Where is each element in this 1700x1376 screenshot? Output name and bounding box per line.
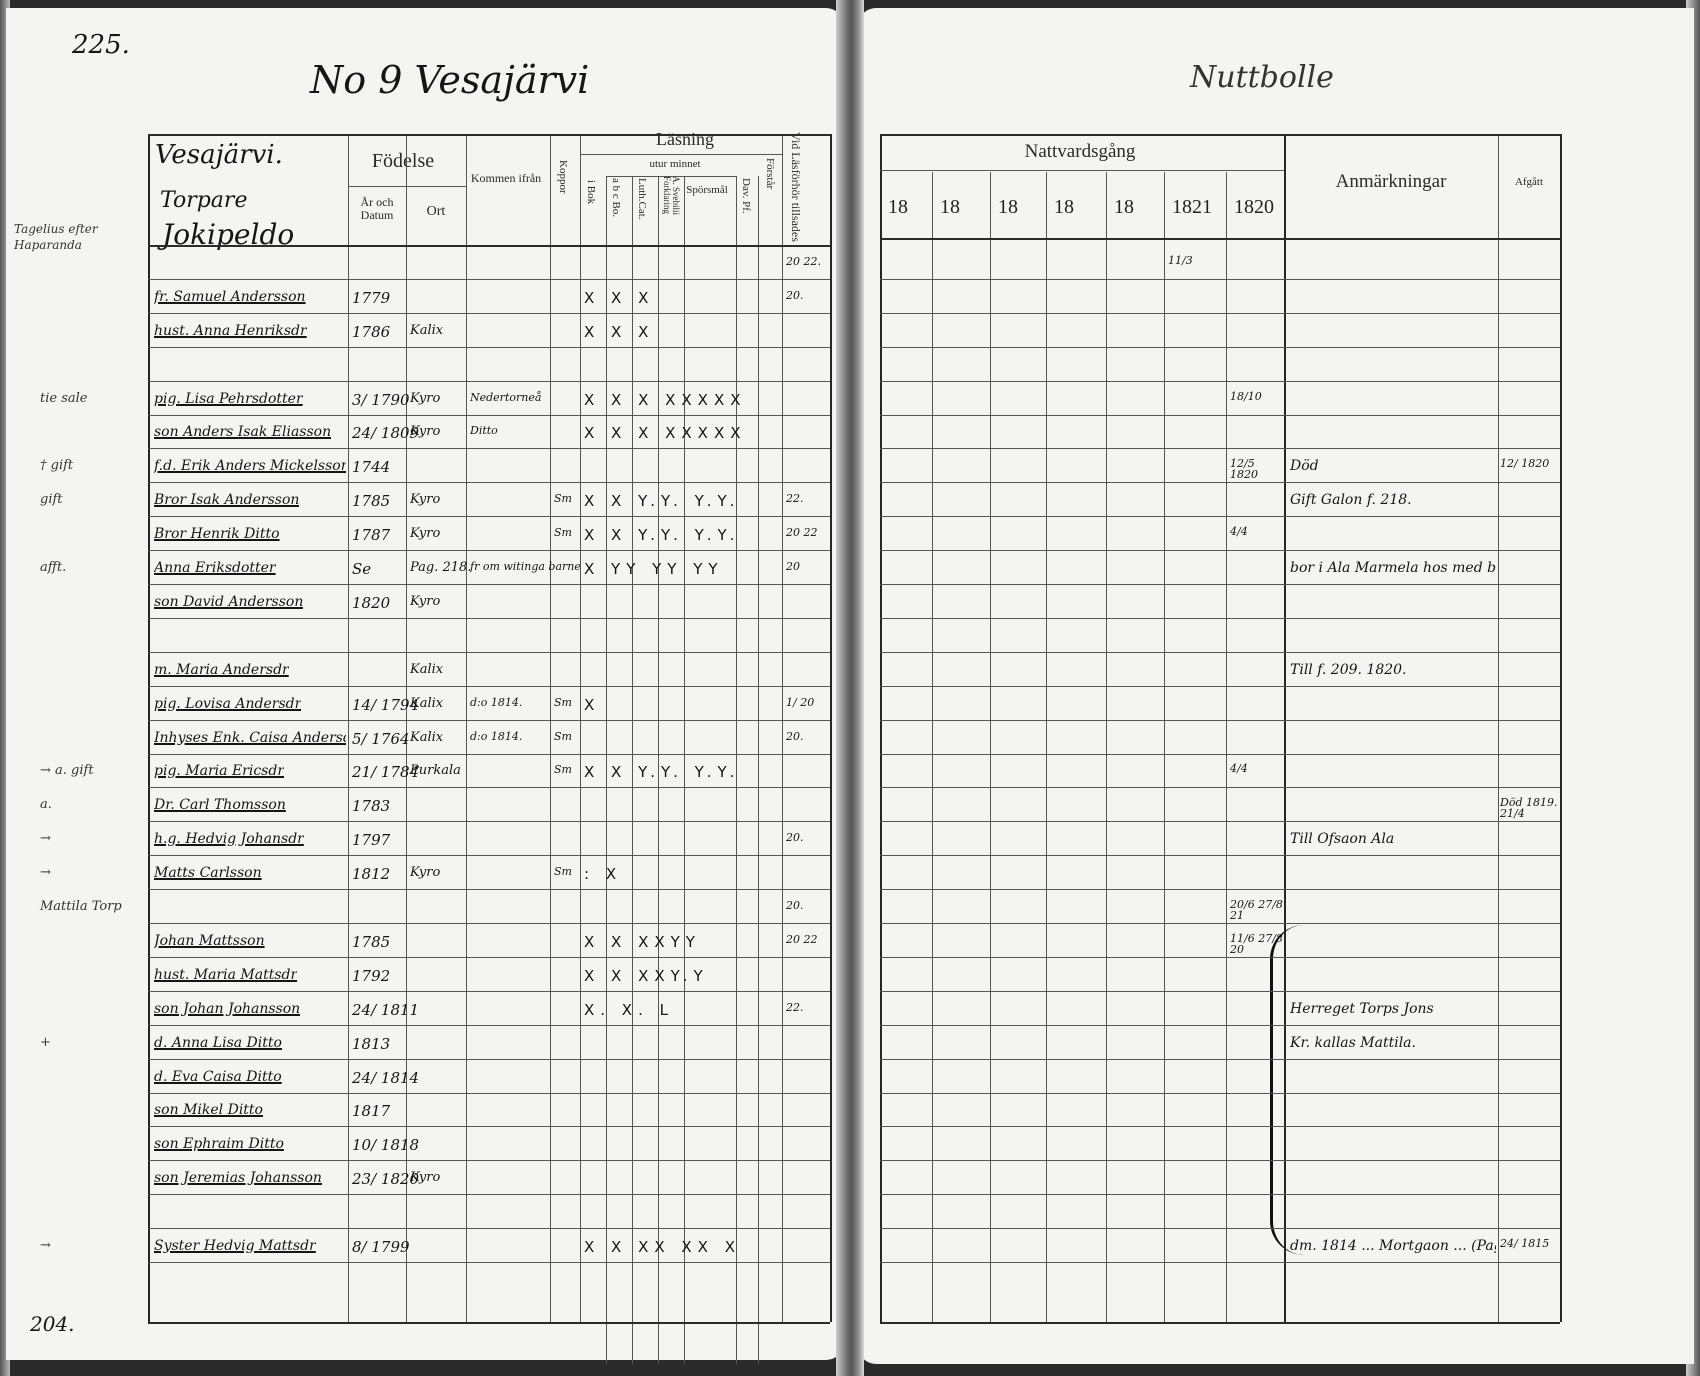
row-divider <box>148 1126 830 1127</box>
birth-year: 1817 <box>352 1102 390 1120</box>
person-name: son Johan Johansson <box>154 1001 300 1017</box>
birth-year: 1787 <box>352 526 390 544</box>
reading-marks: X <box>584 696 600 714</box>
person-name: Anna Eriksdotter <box>154 560 276 576</box>
header-forstar: Förstår <box>764 158 775 189</box>
register-scan: 225. No 9 Vesajärvi Nuttbolle 204. Vesaj… <box>0 0 1700 1376</box>
row-divider <box>880 1093 1560 1094</box>
row-divider <box>880 415 1560 416</box>
row-divider <box>880 720 1560 721</box>
person-name: Dr. Carl Thomsson <box>154 797 286 813</box>
remark: Kr. kallas Mattila. <box>1290 1035 1416 1051</box>
person-name: d. Eva Caisa Ditto <box>154 1069 282 1085</box>
departure: 24/ 1815 <box>1500 1238 1549 1249</box>
row-divider <box>880 1025 1560 1026</box>
birth-place: Kyro <box>410 526 440 541</box>
person-name: Inhyses Enk. Caisa Andersdr <box>154 730 346 746</box>
margin-note: → <box>40 1238 51 1253</box>
page-title: No 9 Vesajärvi <box>310 58 589 102</box>
row-divider <box>880 686 1560 687</box>
header-year: 18 <box>1114 196 1134 219</box>
row-divider <box>148 415 830 416</box>
header-lasning: Läsning <box>590 130 780 150</box>
grid-vline <box>1226 172 1227 1322</box>
grid-vline <box>932 172 933 1322</box>
header-nattvardsgang: Nattvardsgång <box>880 142 1280 163</box>
row-divider <box>148 652 830 653</box>
row-divider <box>880 381 1560 382</box>
row-divider <box>148 1093 830 1094</box>
reading-marks: X YY YY YY <box>584 560 724 578</box>
row-divider <box>148 550 830 551</box>
header-kommen-ifran: Kommen ifrån <box>466 172 546 185</box>
row-divider <box>148 279 830 280</box>
reading-marks: X X X <box>584 323 654 341</box>
row-divider <box>148 1160 830 1161</box>
remark: dm. 1814 ... Mortgaon ... (Pag 119) <box>1290 1238 1496 1254</box>
row-divider <box>148 482 830 483</box>
person-name: son Jeremias Johansson <box>154 1170 322 1186</box>
exam-note: 20 <box>786 560 800 573</box>
row-divider <box>880 516 1560 517</box>
header-year: 18 <box>1054 196 1074 219</box>
header-sporsmal: Spörsmål <box>686 184 728 196</box>
header-svebilii: A. Svebilii Forklaring <box>662 176 680 238</box>
exam-note: 20. <box>786 899 804 912</box>
row-divider <box>880 279 1560 280</box>
birth-place: Kyro <box>410 594 440 609</box>
person-name: son Ephraim Ditto <box>154 1136 284 1152</box>
header-abc-bok: a b c Bo. <box>610 178 621 217</box>
grid-header-border <box>148 245 830 247</box>
birth-year: 1812 <box>352 865 390 883</box>
row-divider <box>148 584 830 585</box>
smallpox-mark: Sm <box>554 696 572 709</box>
right-page-title: Nuttbolle <box>1190 60 1334 95</box>
row-divider <box>148 720 830 721</box>
person-name: fr. Samuel Andersson <box>154 289 306 305</box>
row-divider <box>148 448 830 449</box>
birth-year: 1786 <box>352 323 390 341</box>
birth-place: Kyro <box>410 865 440 880</box>
header-ort: Ort <box>406 204 466 219</box>
row-divider <box>880 1126 1560 1127</box>
reading-marks: X X Y.Y. Y.Y. <box>584 526 740 544</box>
remark: Gift Galon f. 218. <box>1290 492 1412 508</box>
header-anmarkningar: Anmärkningar <box>1286 172 1496 193</box>
row-divider <box>148 923 830 924</box>
margin-note: Mattila Torp <box>40 899 122 914</box>
person-name: Bror Isak Andersson <box>154 492 299 508</box>
row-divider <box>880 347 1560 348</box>
communion-date: 20/6 27/8 21 <box>1230 899 1286 921</box>
birth-place: Kalix <box>410 323 443 338</box>
birth-place: Kalix <box>410 696 443 711</box>
birth-place: Kyro <box>410 492 440 507</box>
person-name: pig. Lisa Pehrsdotter <box>154 391 303 407</box>
row-divider <box>880 482 1560 483</box>
margin-note: + <box>40 1035 51 1050</box>
grid-hline <box>880 170 1284 171</box>
family-brace <box>1270 925 1304 1255</box>
person-name: h.g. Hedvig Johansdr <box>154 831 304 847</box>
birth-place: Kalix <box>410 730 443 745</box>
row-divider <box>880 550 1560 551</box>
row-divider <box>148 686 830 687</box>
person-name: son Anders Isak Eliasson <box>154 424 331 440</box>
communion-date: 4/4 <box>1230 526 1248 537</box>
margin-note: afft. <box>40 560 66 575</box>
reading-marks: X X XX XX X <box>584 1238 741 1256</box>
moved-from: Nedertorneå <box>470 391 541 404</box>
person-name: m. Maria Andersdr <box>154 662 289 678</box>
village-heading: Vesajärvi. <box>155 140 283 170</box>
row-divider <box>148 821 830 822</box>
birth-place: Kalix <box>410 662 443 677</box>
grid-vline <box>1106 172 1107 1322</box>
person-name: hust. Maria Mattsdr <box>154 967 297 983</box>
row-divider <box>880 923 1560 924</box>
margin-note: gift <box>40 492 63 507</box>
header-ar-och-datum: År och Datum <box>348 196 406 222</box>
communion-date: 11/3 <box>1168 255 1193 266</box>
birth-place: Purkala <box>410 763 461 778</box>
person-name: hust. Anna Henriksdr <box>154 323 307 339</box>
row-divider <box>148 889 830 890</box>
person-name: Johan Mattsson <box>154 933 265 949</box>
person-name: Matts Carlsson <box>154 865 262 881</box>
header-year: 18 <box>940 196 960 219</box>
communion-date: 12/5 1820 <box>1230 458 1286 480</box>
birth-year: 1785 <box>352 492 390 510</box>
margin-note: † gift <box>40 458 73 473</box>
exam-note: 20 22 <box>786 526 818 539</box>
departure: Död 1819. 21/4 <box>1500 797 1560 819</box>
row-divider <box>148 1228 830 1229</box>
reading-marks: X X X <box>584 289 654 307</box>
row-divider <box>880 855 1560 856</box>
row-divider <box>148 1025 830 1026</box>
departure: 12/ 1820 <box>1500 458 1549 469</box>
household-heading-1: Torpare <box>160 188 247 213</box>
row-divider <box>880 787 1560 788</box>
birth-place: Pag. 218. <box>410 560 471 575</box>
header-afgatt: Afgått <box>1498 176 1560 188</box>
birth-year: 24/ 1811 <box>352 1001 419 1019</box>
row-divider <box>880 1228 1560 1229</box>
row-divider <box>880 1160 1560 1161</box>
remark: Herreget Torps Jons <box>1290 1001 1434 1017</box>
row-divider <box>880 821 1560 822</box>
margin-note: → <box>40 865 51 880</box>
grid-bottom-border <box>148 1322 830 1324</box>
header-koppor: Koppor <box>557 160 568 194</box>
margin-note: → <box>40 831 51 846</box>
grid-vline <box>830 134 832 1322</box>
person-name: d. Anna Lisa Ditto <box>154 1035 282 1051</box>
page-number: 225. <box>72 30 130 60</box>
moved-from: Ditto <box>470 424 498 437</box>
communion-date: 18/10 <box>1230 391 1262 402</box>
birth-year: 24/ 1814 <box>352 1069 419 1087</box>
row-divider <box>148 381 830 382</box>
birth-place: Kyro <box>410 424 440 439</box>
reading-marks: : X <box>584 865 622 883</box>
person-name: f.d. Erik Anders Mickelsson <box>154 458 346 474</box>
birth-place: Kyro <box>410 1170 440 1185</box>
grid-vline <box>1164 172 1165 1322</box>
row-divider <box>148 957 830 958</box>
birth-year: Se <box>352 560 371 578</box>
grid-vline <box>1560 134 1562 1322</box>
row-divider <box>880 618 1560 619</box>
birth-place: Kyro <box>410 391 440 406</box>
remark: Död <box>1290 458 1319 474</box>
smallpox-mark: Sm <box>554 492 572 505</box>
header-year: 1821 <box>1172 196 1212 219</box>
row-divider <box>148 1194 830 1195</box>
reading-marks: X X XXY.Y <box>584 967 709 985</box>
exam-note: 20. <box>786 289 804 302</box>
row-divider <box>880 889 1560 890</box>
birth-year: 1779 <box>352 289 390 307</box>
margin-note: a. <box>40 797 52 812</box>
header-utur-minnet: utur minnet <box>600 158 750 170</box>
person-name: pig. Lovisa Andersdr <box>154 696 301 712</box>
grid-vline <box>758 176 759 1364</box>
row-divider <box>880 652 1560 653</box>
row-divider <box>880 313 1560 314</box>
row-divider <box>880 1194 1560 1195</box>
communion-date: 11/6 27/8 20 <box>1230 933 1286 955</box>
row-divider <box>880 1059 1560 1060</box>
smallpox-mark: Sm <box>554 730 572 743</box>
row-divider <box>880 584 1560 585</box>
header-vid-lasforhor: Vid Läsförhör tillsades <box>790 132 802 242</box>
birth-year: 8/ 1799 <box>352 1238 410 1256</box>
birth-year: 1792 <box>352 967 390 985</box>
birth-year: 1813 <box>352 1035 390 1053</box>
exam-note: 20. <box>786 831 804 844</box>
birth-year: 3/ 1790 <box>352 391 410 409</box>
row-divider <box>148 347 830 348</box>
remark: Till Ofsaon Ala <box>1290 831 1394 847</box>
remark: bor i Ala Marmela hos med barnen. <box>1290 560 1496 576</box>
reading-marks: X X XXYY <box>584 933 701 951</box>
birth-year: 5/ 1764 <box>352 730 410 748</box>
reading-marks: X X X XXXXX <box>584 424 747 442</box>
exam-note: 20 22. <box>786 255 821 268</box>
moved-from: fr om witinga barnen f. 218. <box>470 560 580 573</box>
reading-marks: X X Y.Y. Y.Y. <box>584 492 740 510</box>
communion-date: 4/4 <box>1230 763 1248 774</box>
row-divider <box>148 855 830 856</box>
exam-note: 20. <box>786 730 804 743</box>
birth-year: 1783 <box>352 797 390 815</box>
row-divider <box>148 313 830 314</box>
header-year: 1820 <box>1234 196 1274 219</box>
row-divider <box>148 754 830 755</box>
reading-marks: X. X. L <box>584 1001 674 1019</box>
smallpox-mark: Sm <box>554 865 572 878</box>
moved-from: d:o 1814. <box>470 730 522 743</box>
row-divider <box>148 618 830 619</box>
person-name: pig. Maria Ericsdr <box>154 763 284 779</box>
row-divider <box>880 991 1560 992</box>
grid-top-border <box>148 134 830 136</box>
row-divider <box>148 1262 830 1263</box>
exam-note: 22. <box>786 492 804 505</box>
smallpox-mark: Sm <box>554 526 572 539</box>
birth-year: 1820 <box>352 594 390 612</box>
birth-year: 1744 <box>352 458 390 476</box>
grid-hline <box>606 176 736 177</box>
header-luth-cat: Luth.Cat. <box>636 178 647 220</box>
grid-vline <box>990 172 991 1322</box>
book-gutter <box>836 0 864 1376</box>
row-divider <box>880 448 1560 449</box>
grid-hline <box>580 154 782 155</box>
grid-bottom-border <box>880 1322 1560 1324</box>
header-year: 18 <box>998 196 1018 219</box>
row-divider <box>148 516 830 517</box>
birth-year: 1797 <box>352 831 390 849</box>
row-divider <box>148 1059 830 1060</box>
reading-marks: X X X XXXXX <box>584 391 747 409</box>
row-divider <box>880 754 1560 755</box>
row-divider <box>880 957 1560 958</box>
exam-note: 20 22 <box>786 933 818 946</box>
grid-hline <box>348 186 466 187</box>
bottom-page-number: 204. <box>30 1312 75 1336</box>
header-dav-pf: Dav. Pf. <box>740 178 751 214</box>
margin-note-top: Tagelius efter Haparanda <box>14 222 124 253</box>
remark: Till f. 209. 1820. <box>1290 662 1407 678</box>
person-name: son David Andersson <box>154 594 303 610</box>
smallpox-mark: Sm <box>554 763 572 776</box>
exam-note: 22. <box>786 1001 804 1014</box>
margin-note: → a. gift <box>40 763 94 778</box>
header-i-bok: i Bok <box>585 180 596 204</box>
person-name: Bror Henrik Ditto <box>154 526 280 542</box>
person-name: Syster Hedvig Mattsdr <box>154 1238 316 1254</box>
birth-year: 1785 <box>352 933 390 951</box>
header-year: 18 <box>888 196 908 219</box>
reading-marks: X X Y.Y. Y.Y. <box>584 763 740 781</box>
margin-note: tie sale <box>40 391 87 406</box>
row-divider <box>148 787 830 788</box>
row-divider <box>148 991 830 992</box>
grid-vline <box>1046 172 1047 1322</box>
person-name: son Mikel Ditto <box>154 1102 263 1118</box>
moved-from: d:o 1814. <box>470 696 522 709</box>
header-fodelse: Födelse <box>348 150 458 172</box>
birth-year: 10/ 1818 <box>352 1136 419 1154</box>
row-divider <box>880 1262 1560 1263</box>
exam-note: 1/ 20 <box>786 696 814 709</box>
grid-header-border <box>880 238 1560 240</box>
grid-top-border <box>880 134 1560 136</box>
